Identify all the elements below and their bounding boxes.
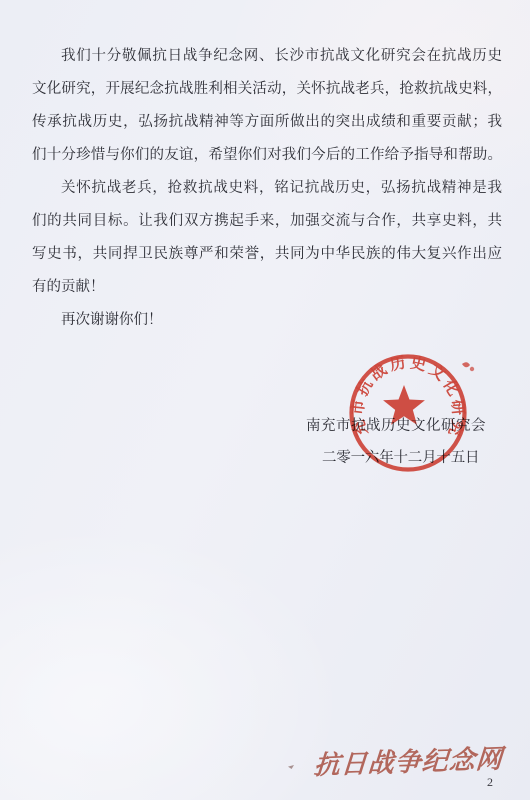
handwritten-watermark: 抗日战争纪念网 — [313, 739, 490, 782]
red-star-icon — [383, 385, 425, 425]
paragraph-line: 写史书，共同捍卫民族尊严和荣誉，共同为中华民族的伟大复兴作出应 — [32, 238, 502, 271]
letter-body: 我们十分敬佩抗日战争纪念网、长沙市抗战文化研究会在抗战历史 文化研究，开展纪念抗… — [32, 40, 502, 337]
paragraph-line: 我们十分敬佩抗日战争纪念网、长沙市抗战文化研究会在抗战历史 — [32, 40, 502, 73]
closing-thanks-line: 再次谢谢你们！ — [32, 304, 502, 337]
paragraph-line: 关怀抗战老兵，抢救抗战史料，铭记抗战历史，弘扬抗战精神是我 — [32, 172, 502, 205]
page-number: 2 — [487, 775, 493, 790]
scanned-letter-page: 我们十分敬佩抗日战争纪念网、长沙市抗战文化研究会在抗战历史 文化研究，开展纪念抗… — [0, 0, 530, 800]
paragraph-line: 传承抗战历史，弘扬抗战精神等方面所做出的突出成绩和重要贡献；我 — [32, 106, 502, 139]
official-seal: 南充市抗战历史文化研究会 — [338, 343, 478, 483]
seal-ink-smudge — [462, 362, 470, 367]
paragraph-line: 们的共同目标。让我们双方携起手来，加强交流与合作，共享史料，共 — [32, 205, 502, 238]
paragraph-line: 文化研究，开展纪念抗战胜利相关活动，关怀抗战老兵，抢救抗战史料， — [32, 73, 502, 106]
paragraph-line: 有的贡献！ — [32, 271, 502, 304]
paragraph-line: 们十分珍惜与你们的友谊，希望你们对我们今后的工作给予指导和帮助。 — [32, 139, 502, 172]
scan-artifact-speck — [288, 765, 294, 769]
seal-ink-dot — [470, 367, 474, 371]
